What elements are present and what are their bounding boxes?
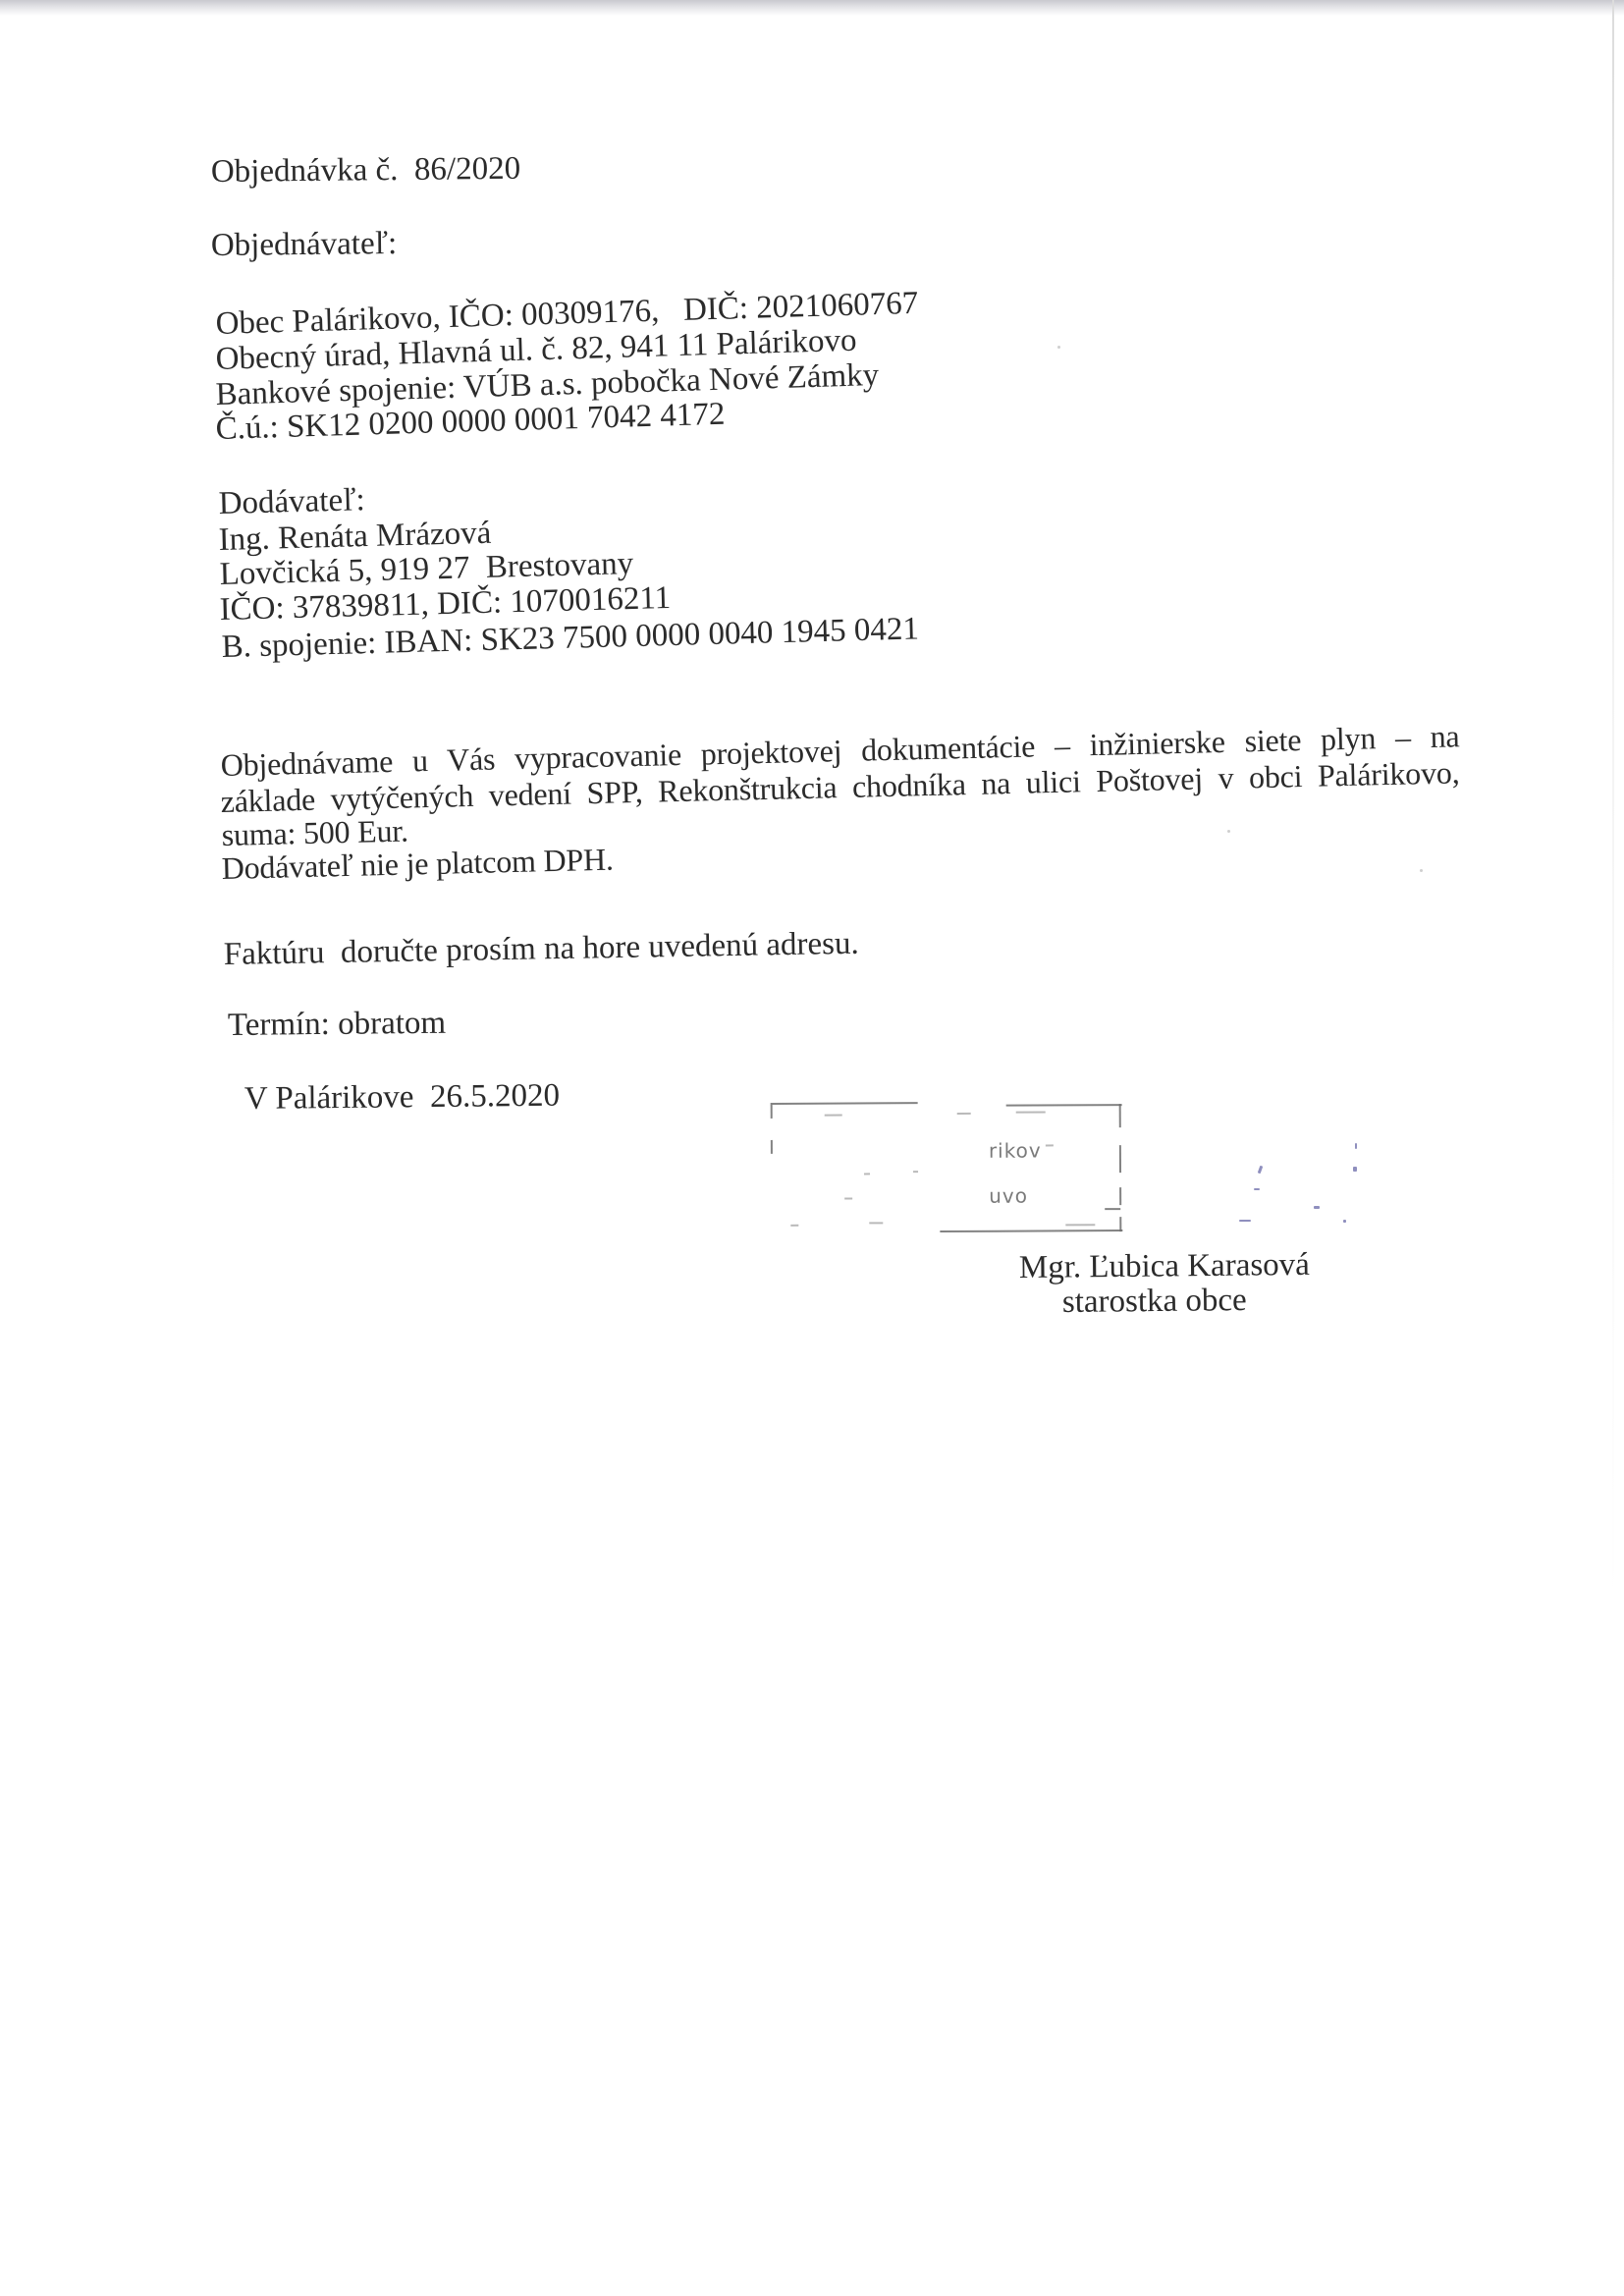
signatory-role: starostka obce — [1062, 1285, 1247, 1319]
signatory-name: Mgr. Ľubica Karasová — [1019, 1249, 1310, 1285]
stamp-fragment: uvo — [989, 1184, 1028, 1208]
stamp-fragment: rikov — [989, 1138, 1042, 1162]
deadline: Termín: obratom — [228, 1008, 447, 1042]
supplier-label: Dodávateľ: — [218, 484, 365, 520]
place-date: V Palárikove 26.5.2020 — [244, 1080, 560, 1116]
scan-right-edge — [1612, 0, 1614, 2296]
scanned-page: Objednávka č. 86/2020 Objednávateľ: Obec… — [0, 0, 1624, 2296]
scan-speck — [1057, 346, 1060, 349]
scan-speck — [1227, 830, 1230, 833]
official-stamp: rikov uvo — [771, 1101, 1123, 1233]
scan-top-edge — [0, 0, 1624, 16]
scan-speck — [1420, 869, 1423, 872]
orderer-label: Objednávateľ: — [211, 228, 398, 262]
order-title: Objednávka č. 86/2020 — [211, 153, 521, 189]
invoice-note: Faktúru doručte prosím na hore uvedenú a… — [224, 928, 859, 971]
